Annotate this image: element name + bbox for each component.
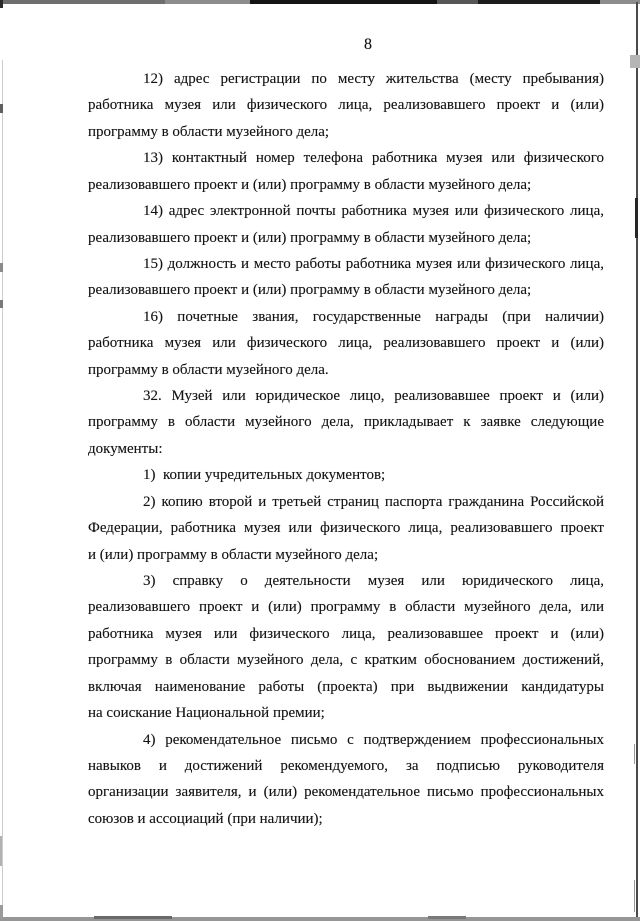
text-line: включая наименование работы (проекта) пр… bbox=[88, 674, 604, 700]
scan-edge-bottom bbox=[0, 917, 640, 921]
scan-edge-top bbox=[0, 0, 640, 4]
scan-mark-left bbox=[0, 300, 3, 308]
text-line: 12) адрес регистрации по месту жительств… bbox=[88, 66, 604, 92]
text-line: реализовавшего проект и (или) программу … bbox=[88, 594, 604, 620]
scan-mark-right bbox=[635, 198, 638, 238]
scan-mark-bottom bbox=[428, 916, 466, 919]
document-page: 8 12) адрес регистрации по месту жительс… bbox=[0, 0, 640, 921]
scan-mark-right bbox=[630, 55, 640, 68]
scan-mark-left bbox=[0, 836, 2, 866]
text-line: работника музея или физического лица, ре… bbox=[88, 330, 604, 356]
text-line: 14) адрес электронной почты работника му… bbox=[88, 198, 604, 224]
scan-edge-left bbox=[2, 60, 3, 916]
text-line: организации заявителя, и (или) рекоменда… bbox=[88, 779, 604, 805]
scan-mark-bottom-left bbox=[0, 905, 3, 919]
scan-mark-right bbox=[634, 880, 635, 912]
text-line: 4) рекомендательное письмо с подтвержден… bbox=[88, 727, 604, 753]
text-line: работника музея или физического лица, ре… bbox=[88, 92, 604, 118]
text-line: 32. Музей или юридическое лицо, реализов… bbox=[88, 383, 604, 409]
text-line: 16) почетные звания, государственные наг… bbox=[88, 304, 604, 330]
text-line: на соискание Национальной премии; bbox=[88, 700, 604, 726]
text-line: союзов и ассоциаций (при наличии); bbox=[88, 806, 604, 832]
text-line: программу в области музейного дела. bbox=[88, 357, 604, 383]
text-line: навыков и достижений рекомендуемого, за … bbox=[88, 753, 604, 779]
text-line: 13) контактный номер телефона работника … bbox=[88, 145, 604, 171]
document-text: 12) адрес регистрации по месту жительств… bbox=[88, 66, 604, 832]
scan-mark-bottom bbox=[94, 916, 172, 919]
scan-mark-left bbox=[0, 104, 3, 113]
scan-mark-left bbox=[0, 263, 3, 272]
text-line: 3) справку о деятельности музея или юрид… bbox=[88, 568, 604, 594]
text-line: 15) должность и место работы работника м… bbox=[88, 251, 604, 277]
text-line: программу в области музейного дела; bbox=[88, 119, 604, 145]
text-line: реализовавшего проект и (или) программу … bbox=[88, 225, 604, 251]
text-line: реализовавшего проект и (или) программу … bbox=[88, 172, 604, 198]
text-line: 1) копии учредительных документов; bbox=[88, 462, 604, 488]
scan-mark-top-left bbox=[0, 0, 3, 8]
text-line: работника музея или физического лица, ре… bbox=[88, 621, 604, 647]
text-line: документы: bbox=[88, 436, 604, 462]
text-line: реализовавшего проект и (или) программу … bbox=[88, 277, 604, 303]
page-number: 8 bbox=[338, 36, 398, 54]
text-line: программу в области музейного дела, с кр… bbox=[88, 647, 604, 673]
text-line: 2) копию второй и третьей страниц паспор… bbox=[88, 489, 604, 515]
scan-mark-right bbox=[634, 744, 635, 764]
text-line: программу в области музейного дела, прик… bbox=[88, 409, 604, 435]
text-line: Федерации, работника музея или физическо… bbox=[88, 515, 604, 541]
scan-edge-right bbox=[636, 2, 638, 919]
text-line: и (или) программу в области музейного де… bbox=[88, 542, 604, 568]
